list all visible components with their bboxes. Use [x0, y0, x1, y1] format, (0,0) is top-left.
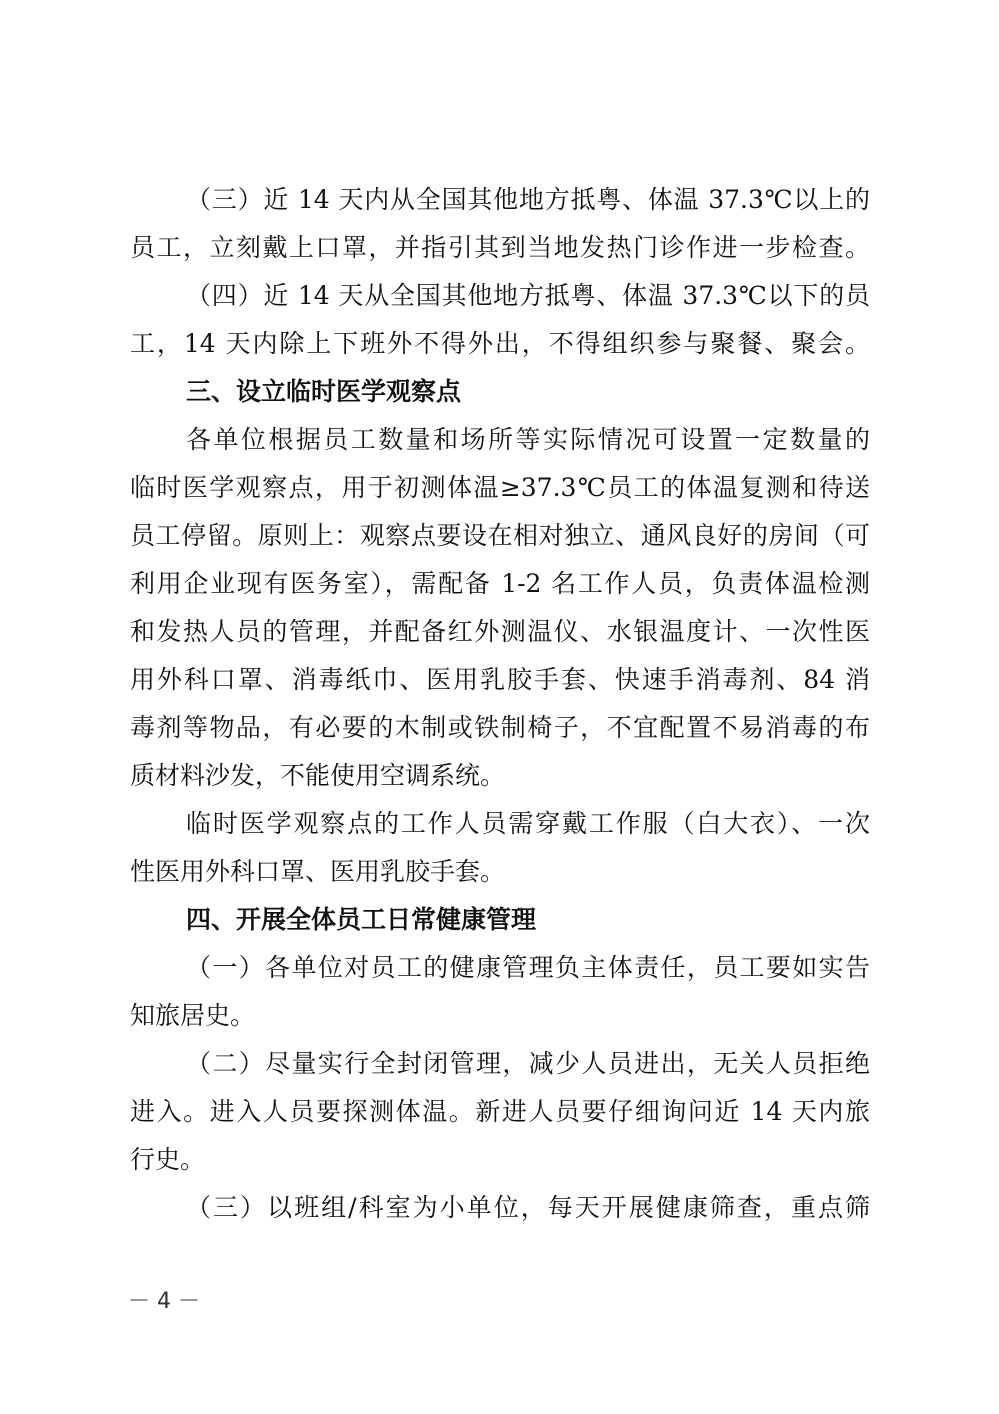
text-line: 质材料沙发，不能使用空调系统。 [130, 752, 870, 800]
text-line: （一）各单位对员工的健康管理负主体责任，员工要如实告 [186, 944, 870, 992]
text-line: （二）尽量实行全封闭管理，减少人员进出，无关人员拒绝 [186, 1040, 870, 1088]
text-line: 知旅居史。 [130, 992, 870, 1040]
text-line: 各单位根据员工数量和场所等实际情况可设置一定数量的 [186, 416, 870, 464]
text-line: 临时医学观察点的工作人员需穿戴工作服（白大衣）、一次 [186, 800, 870, 848]
text-line: （三）近 14 天内从全国其他地方抵粤、体温 37.3℃以上的 [186, 176, 870, 224]
text-line: 进入。进入人员要探测体温。新进人员要仔细询问近 14 天内旅 [130, 1088, 870, 1136]
text-line: 利用企业现有医务室），需配备 1-2 名工作人员，负责体温检测 [130, 560, 870, 608]
text-line: 员工，立刻戴上口罩，并指引其到当地发热门诊作进一步检查。 [130, 224, 870, 272]
section-heading: 四、开展全体员工日常健康管理 [186, 896, 870, 944]
text-line: （三）以班组/科室为小单位，每天开展健康筛查，重点筛 [186, 1184, 870, 1232]
text-line: 临时医学观察点，用于初测体温≥37.3℃员工的体温复测和待送 [130, 464, 870, 512]
document-page: （三）近 14 天内从全国其他地方抵粤、体温 37.3℃以上的员工，立刻戴上口罩… [0, 0, 999, 1414]
text-line: 性医用外科口罩、医用乳胶手套。 [130, 848, 870, 896]
text-line: 用外科口罩、消毒纸巾、医用乳胶手套、快速手消毒剂、84 消 [130, 656, 870, 704]
text-line: 行史。 [130, 1136, 870, 1184]
text-line: 员工停留。原则上：观察点要设在相对独立、通风良好的房间（可 [130, 512, 870, 560]
text-line: （四）近 14 天从全国其他地方抵粤、体温 37.3℃以下的员 [186, 272, 870, 320]
text-line: 毒剂等物品，有必要的木制或铁制椅子，不宜配置不易消毒的布 [130, 704, 870, 752]
section-heading: 三、设立临时医学观察点 [186, 368, 870, 416]
text-line: 工，14 天内除上下班外不得外出，不得组织参与聚餐、聚会。 [130, 320, 870, 368]
text-line: 和发热人员的管理，并配备红外测温仪、水银温度计、一次性医 [130, 608, 870, 656]
page-number: － 4 － [128, 1284, 200, 1315]
